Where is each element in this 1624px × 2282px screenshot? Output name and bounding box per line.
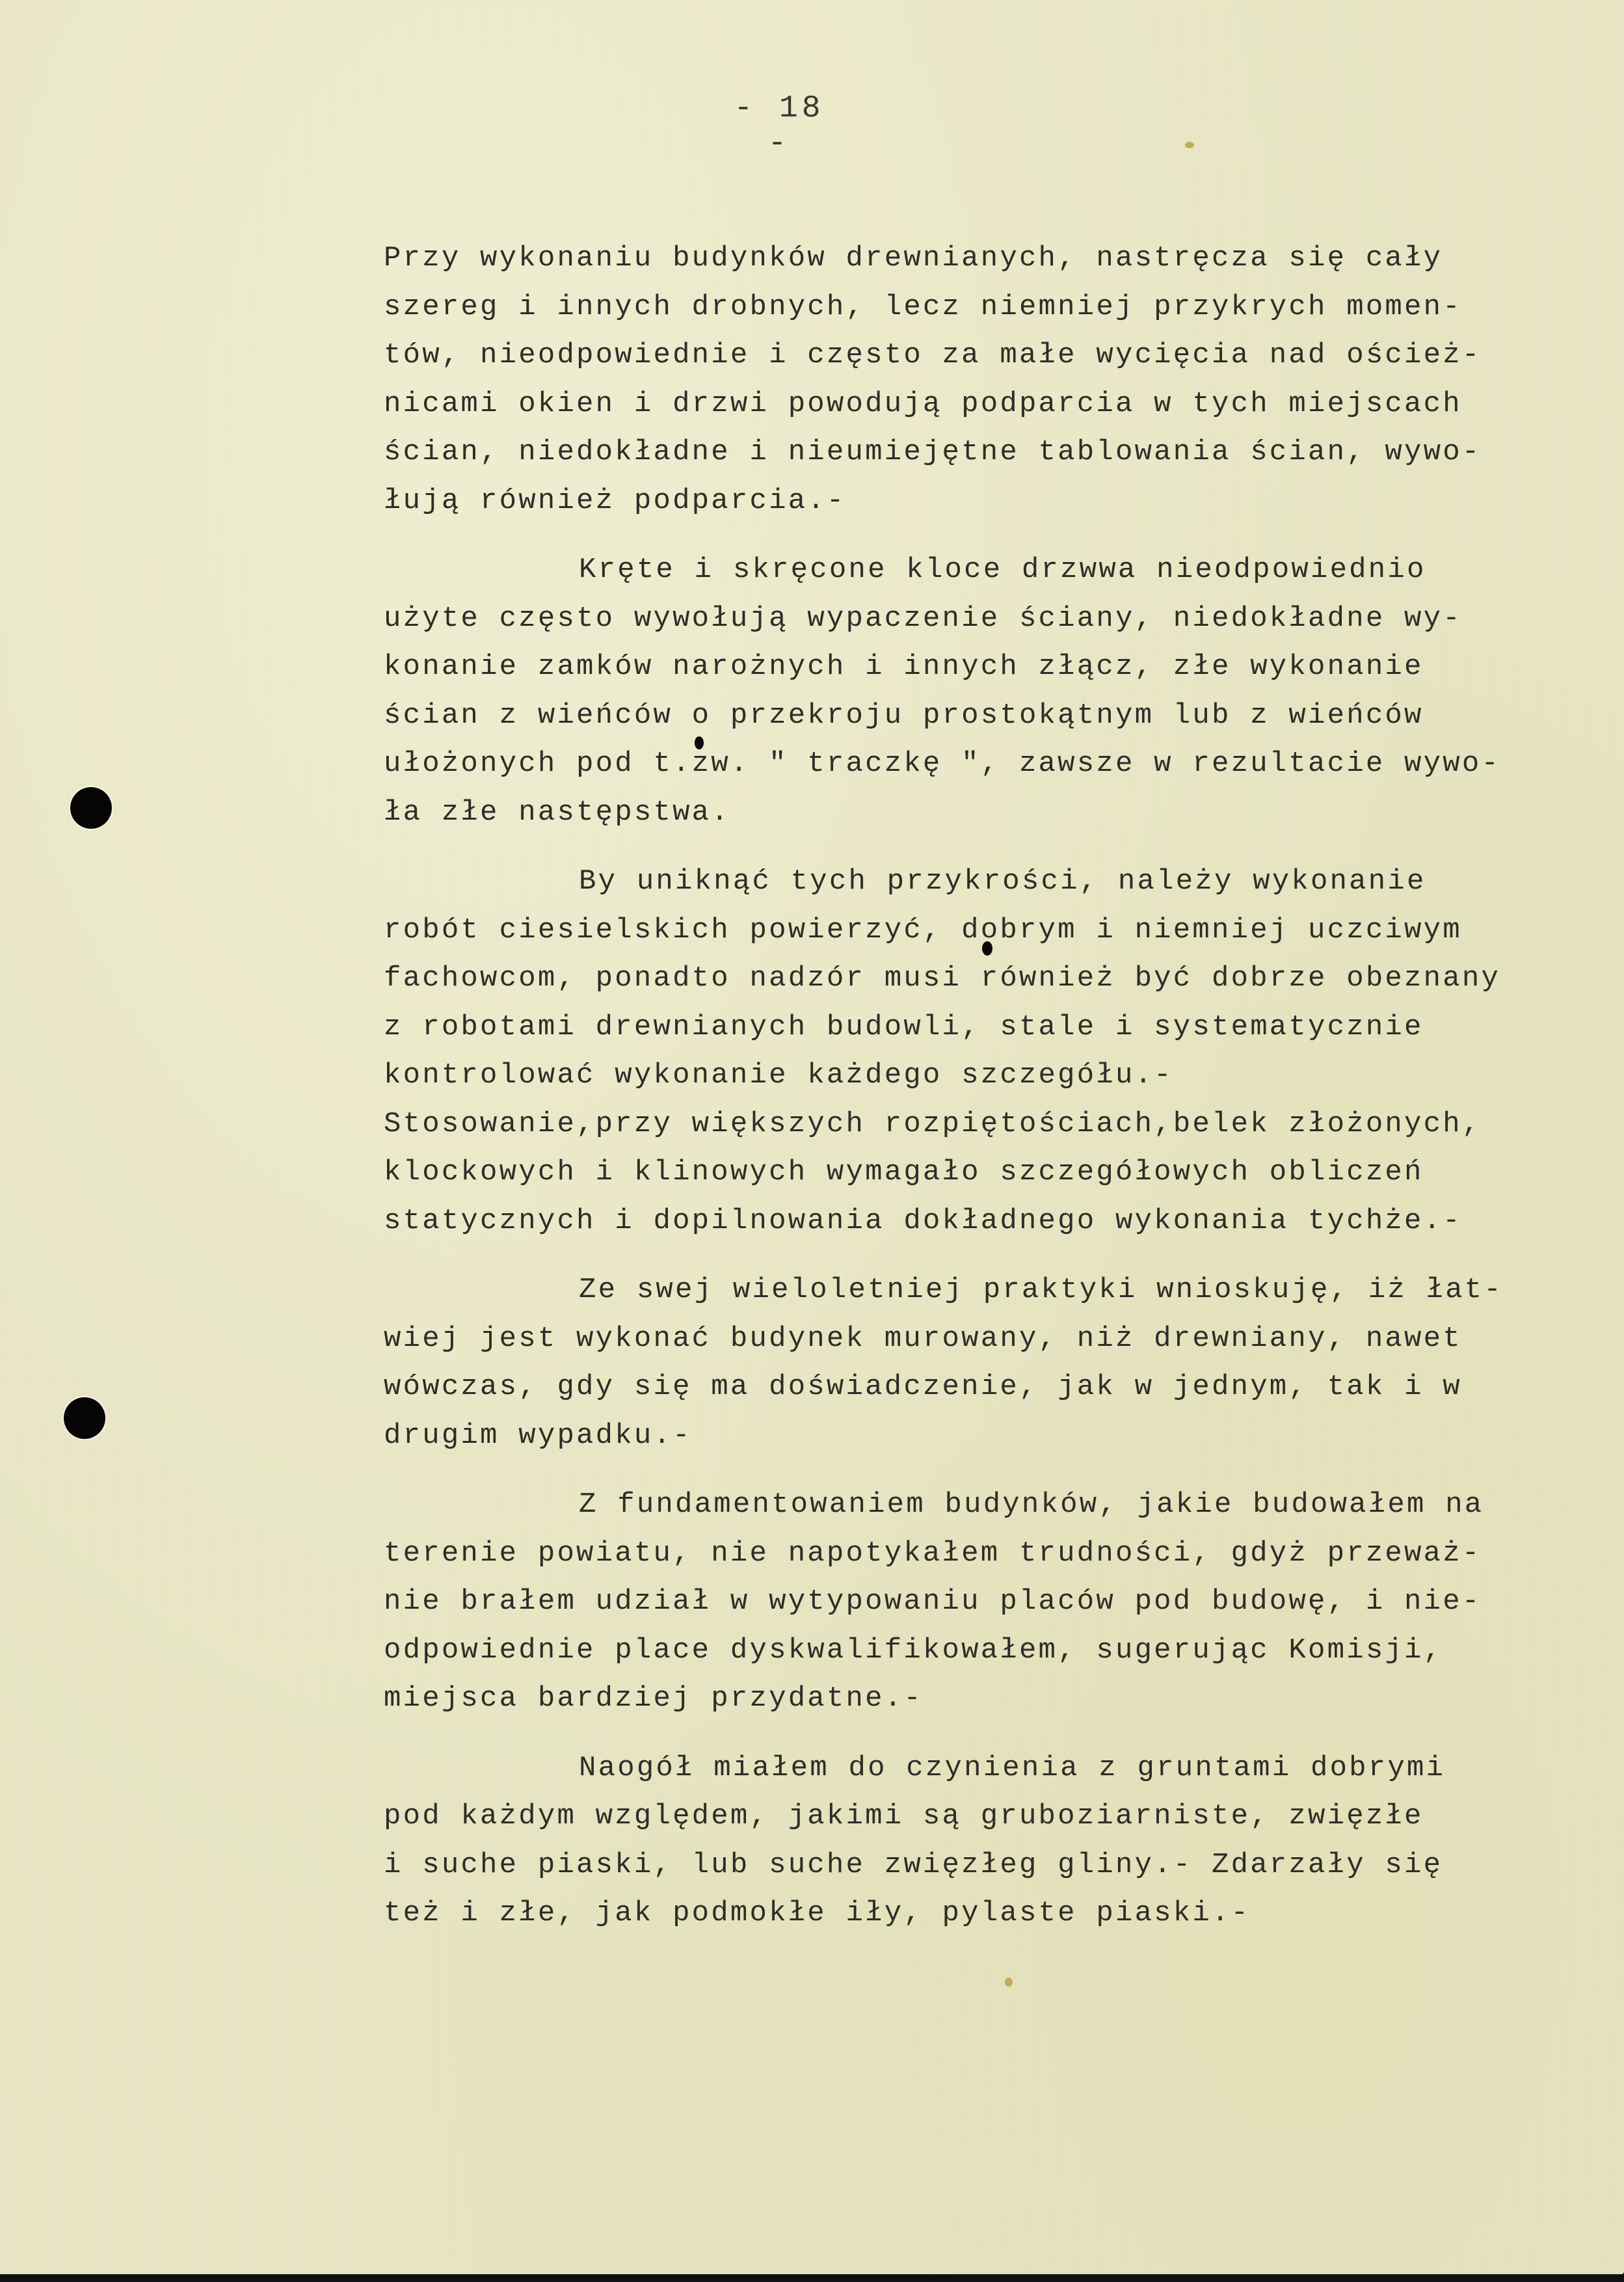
text-line: wiej jest wykonać budynek murowany, niż … [384,1315,1567,1363]
paper-stain [1185,142,1194,148]
text-line: też i złe, jak podmokłe iły, pylaste pia… [384,1889,1567,1938]
text-line: użyte często wywołują wypaczenie ściany,… [384,595,1567,643]
text-line: ułożonych pod t.zw. " traczkę ", zawsze … [384,740,1567,788]
page-number: - 18 - [714,91,844,161]
paragraph: Ze swej wieloletniej praktyki wnioskuję,… [384,1266,1567,1460]
text-line: ścian, niedokładne i nieumiejętne tablow… [384,428,1567,477]
text-line: Ze swej wieloletniej praktyki wnioskuję,… [384,1266,1567,1315]
text-line: terenie powiatu, nie napotykałem trudnoś… [384,1529,1567,1578]
text-line: Kręte i skręcone kloce drzwwa nieodpowie… [384,546,1567,595]
text-line: ła złe następstwa. [384,788,1567,837]
text-line: i suche piaski, lub suche zwięzłeg gliny… [384,1841,1567,1890]
text-line: By uniknąć tych przykrości, należy wykon… [384,857,1567,906]
text-line: Przy wykonaniu budynków drewnianych, nas… [384,234,1567,283]
text-line: wówczas, gdy się ma doświadczenie, jak w… [384,1363,1567,1412]
text-line: kontrolować wykonanie każdego szczegółu.… [384,1051,1567,1100]
text-line: fachowcom, ponadto nadzór musi również b… [384,954,1567,1003]
text-line: Stosowanie,przy większych rozpiętościach… [384,1100,1567,1149]
text-line: odpowiednie place dyskwalifikowałem, sug… [384,1626,1567,1675]
text-line: nicami okien i drzwi powodują podparcia … [384,380,1567,429]
text-line: pod każdym względem, jakimi są gruboziar… [384,1792,1567,1841]
text-line: konanie zamków narożnych i innych złącz,… [384,643,1567,691]
text-line: ścian z wieńców o przekroju prostokątnym… [384,691,1567,740]
text-line: statycznych i dopilnowania dokładnego wy… [384,1197,1567,1246]
text-line: szereg i innych drobnych, lecz niemniej … [384,283,1567,332]
text-line: nie brałem udział w wytypowaniu placów p… [384,1577,1567,1626]
text-line: łują również podparcia.- [384,477,1567,526]
typewritten-body: Przy wykonaniu budynków drewnianych, nas… [384,234,1567,1959]
binder-punch-hole [64,1397,105,1439]
paragraph: Kręte i skręcone kloce drzwwa nieodpowie… [384,546,1567,837]
paper-stain [1005,1978,1013,1987]
text-line: z robotami drewnianych budowli, stale i … [384,1003,1567,1052]
paragraph: Przy wykonaniu budynków drewnianych, nas… [384,234,1567,525]
text-line: klockowych i klinowych wymagało szczegół… [384,1148,1567,1197]
paragraph: Z fundamentowaniem budynków, jakie budow… [384,1481,1567,1723]
binder-punch-hole [70,787,112,829]
paragraph: Naogół miałem do czynienia z gruntami do… [384,1744,1567,1938]
paragraph: By uniknąć tych przykrości, należy wykon… [384,857,1567,1245]
text-line: Naogół miałem do czynienia z gruntami do… [384,1744,1567,1793]
text-line: Z fundamentowaniem budynków, jakie budow… [384,1481,1567,1529]
text-line: tów, nieodpowiednie i często za małe wyc… [384,331,1567,380]
text-line: robót ciesielskich powierzyć, dobrym i n… [384,906,1567,955]
text-line: miejsca bardziej przydatne.- [384,1674,1567,1723]
document-page: - 18 - Przy wykonaniu budynków drewniany… [0,0,1624,2274]
text-line: drugim wypadku.- [384,1412,1567,1460]
